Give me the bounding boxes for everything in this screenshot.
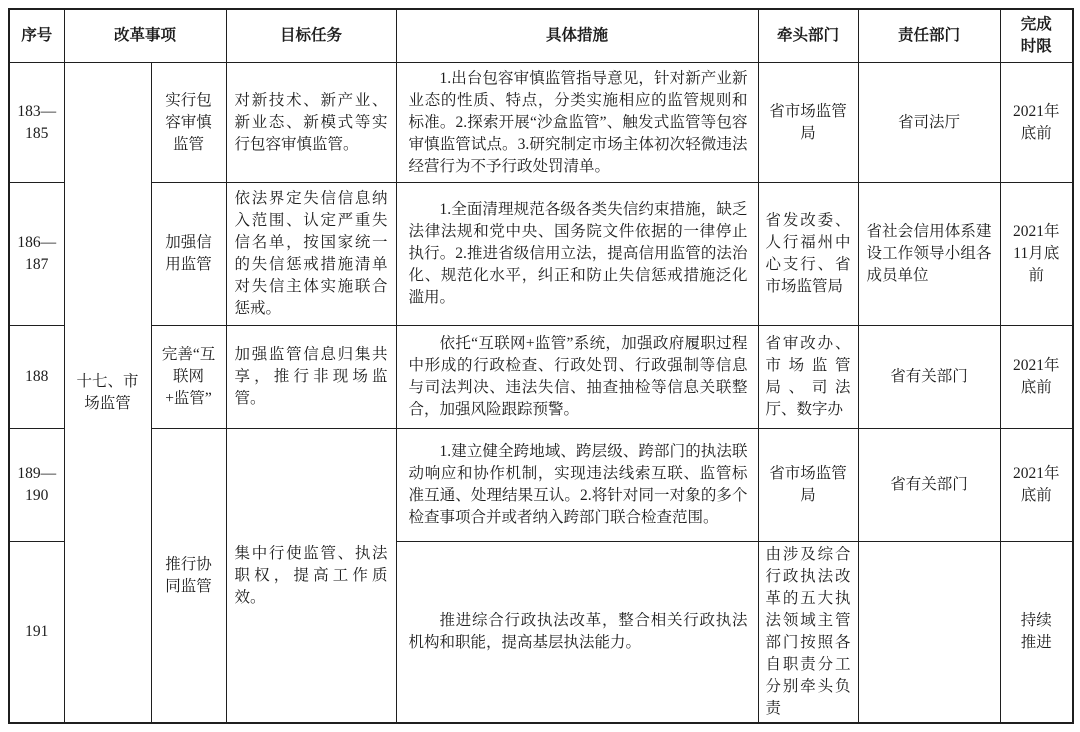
reform-item-cell: 完善“互联网+监管” (151, 326, 226, 429)
reform-item-cell: 实行包容审慎监管 (151, 63, 226, 183)
measures-cell: 1.全面清理规范各级各类失信约束措施，缺乏法律法规和党中央、国务院文件依据的一律… (396, 183, 758, 326)
row-index: 189— 190 (9, 429, 64, 542)
deadline-cell: 2021年 底前 (1000, 63, 1073, 183)
row-index: 186— 187 (9, 183, 64, 326)
deadline-cell: 2021年 底前 (1000, 326, 1073, 429)
header-measures: 具体措施 (396, 9, 758, 63)
table-row: 189— 190 推行协同监管 集中行使监管、执法职权，提高工作质效。 1.建立… (9, 429, 1073, 542)
header-deadline: 完成 时限 (1000, 9, 1073, 63)
table-row: 183— 185 十七、市场监管 实行包容审慎监管 对新技术、新产业、新业态、新… (9, 63, 1073, 183)
deadline-cell: 2021年 11月底 前 (1000, 183, 1073, 326)
lead-department-cell: 省市场监管局 (758, 429, 858, 542)
row-index: 183— 185 (9, 63, 64, 183)
group-label-cell: 十七、市场监管 (64, 63, 151, 724)
measures-cell: 1.出台包容审慎监管指导意见，针对新产业新业态的性质、特点，分类实施相应的监管规… (396, 63, 758, 183)
header-target-task: 目标任务 (226, 9, 396, 63)
lead-department-cell: 省审改办、市场监管局、司法厅、数字办 (758, 326, 858, 429)
measures-cell: 推进综合行政执法改革，整合相关行政执法机构和职能，提高基层执法能力。 (396, 542, 758, 724)
lead-department-cell: 省发改委、人行福州中心支行、省市场监管局 (758, 183, 858, 326)
header-lead-department: 牵头部门 (758, 9, 858, 63)
target-task-cell: 依法界定失信信息纳入范围、认定严重失信名单，按国家统一的失信惩戒措施清单对失信主… (226, 183, 396, 326)
measures-cell: 依托“互联网+监管”系统，加强政府履职过程中形成的行政检查、行政处罚、行政强制等… (396, 326, 758, 429)
lead-department-cell: 由涉及综合行政执法改革的五大执法领域主管部门按照各自职责分工分别牵头负责 (758, 542, 858, 724)
responsible-department-cell: 省有关部门 (858, 429, 1000, 542)
responsible-department-cell: 省司法厅 (858, 63, 1000, 183)
header-reform-item: 改革事项 (64, 9, 226, 63)
table-header-row: 序号 改革事项 目标任务 具体措施 牵头部门 责任部门 完成 时限 (9, 9, 1073, 63)
deadline-cell: 2021年 底前 (1000, 429, 1073, 542)
row-index: 191 (9, 542, 64, 724)
reform-item-cell: 推行协同监管 (151, 429, 226, 724)
target-task-cell: 对新技术、新产业、新业态、新模式等实行包容审慎监管。 (226, 63, 396, 183)
deadline-cell: 持续 推进 (1000, 542, 1073, 724)
target-task-cell: 集中行使监管、执法职权，提高工作质效。 (226, 429, 396, 724)
responsible-department-cell: 省社会信用体系建设工作领导小组各成员单位 (858, 183, 1000, 326)
reform-tasks-table: 序号 改革事项 目标任务 具体措施 牵头部门 责任部门 完成 时限 183— 1… (8, 8, 1074, 724)
table-row: 186— 187 加强信用监管 依法界定失信信息纳入范围、认定严重失信名单，按国… (9, 183, 1073, 326)
target-task-cell: 加强监管信息归集共享，推行非现场监管。 (226, 326, 396, 429)
table-row: 188 完善“互联网+监管” 加强监管信息归集共享，推行非现场监管。 依托“互联… (9, 326, 1073, 429)
responsible-department-cell: 省有关部门 (858, 326, 1000, 429)
document-page: 序号 改革事项 目标任务 具体措施 牵头部门 责任部门 完成 时限 183— 1… (0, 0, 1080, 732)
responsible-department-cell (858, 542, 1000, 724)
row-index: 188 (9, 326, 64, 429)
reform-item-cell: 加强信用监管 (151, 183, 226, 326)
lead-department-cell: 省市场监管局 (758, 63, 858, 183)
header-responsible-department: 责任部门 (858, 9, 1000, 63)
header-index: 序号 (9, 9, 64, 63)
measures-cell: 1.建立健全跨地域、跨层级、跨部门的执法联动响应和协作机制，实现违法线索互联、监… (396, 429, 758, 542)
